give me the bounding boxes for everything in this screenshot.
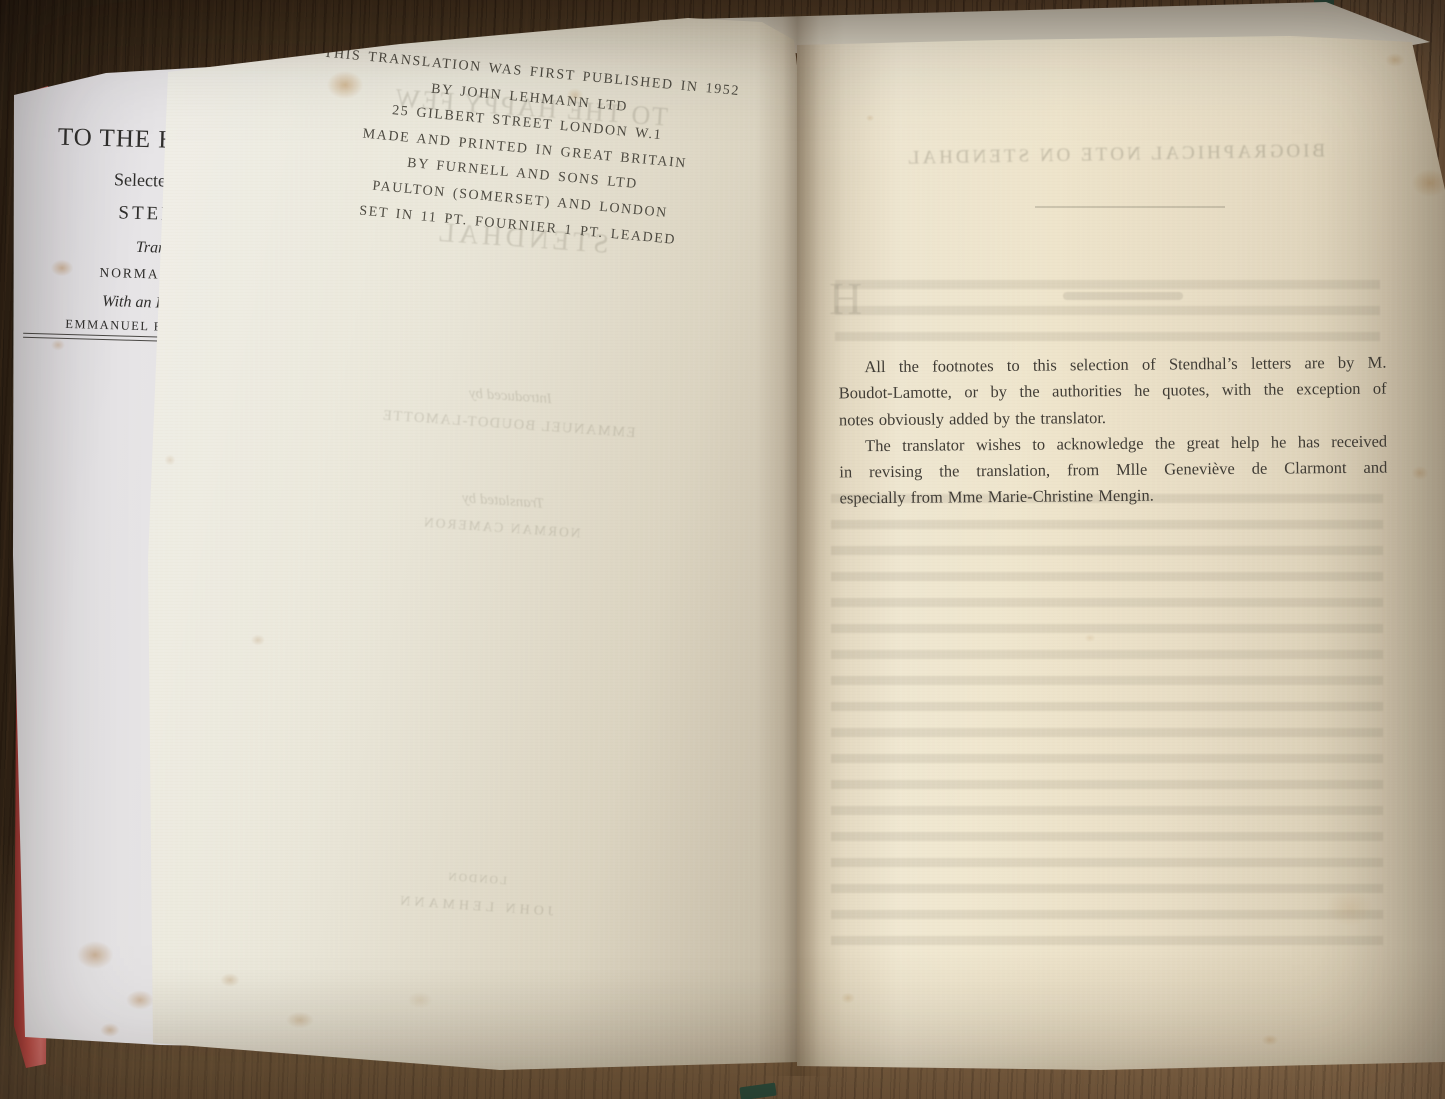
imprint-page: TO THE HAPPY FEW STENDHAL Introduced by … <box>148 14 798 1076</box>
ghost-text-block-upper <box>835 280 1380 356</box>
ghost-biographical-heading: BIOGRAPHICAL NOTE ON STENDHAL <box>835 139 1395 171</box>
note-line: especially from Mme Marie-Christine Meng… <box>839 481 1387 512</box>
note-paragraph-2: The translator wishes to acknowledge the… <box>839 428 1388 512</box>
ghost-heading-rule <box>1035 206 1225 208</box>
note-line: in revising the translation, from Mlle G… <box>839 455 1387 486</box>
translators-note-text: All the footnotes to this selection of S… <box>838 350 1387 513</box>
translators-note-page: BIOGRAPHICAL NOTE ON STENDHAL H All the … <box>795 16 1445 1076</box>
note-paragraph-1: All the footnotes to this selection of S… <box>838 350 1387 434</box>
ghost-text-block-lower <box>831 494 1383 952</box>
book-photo-scene: TO THE HAPPY FEW Selected Letters of STE… <box>0 0 1445 1099</box>
note-line: Boudot-Lamotte, or by the authorities he… <box>839 376 1387 407</box>
